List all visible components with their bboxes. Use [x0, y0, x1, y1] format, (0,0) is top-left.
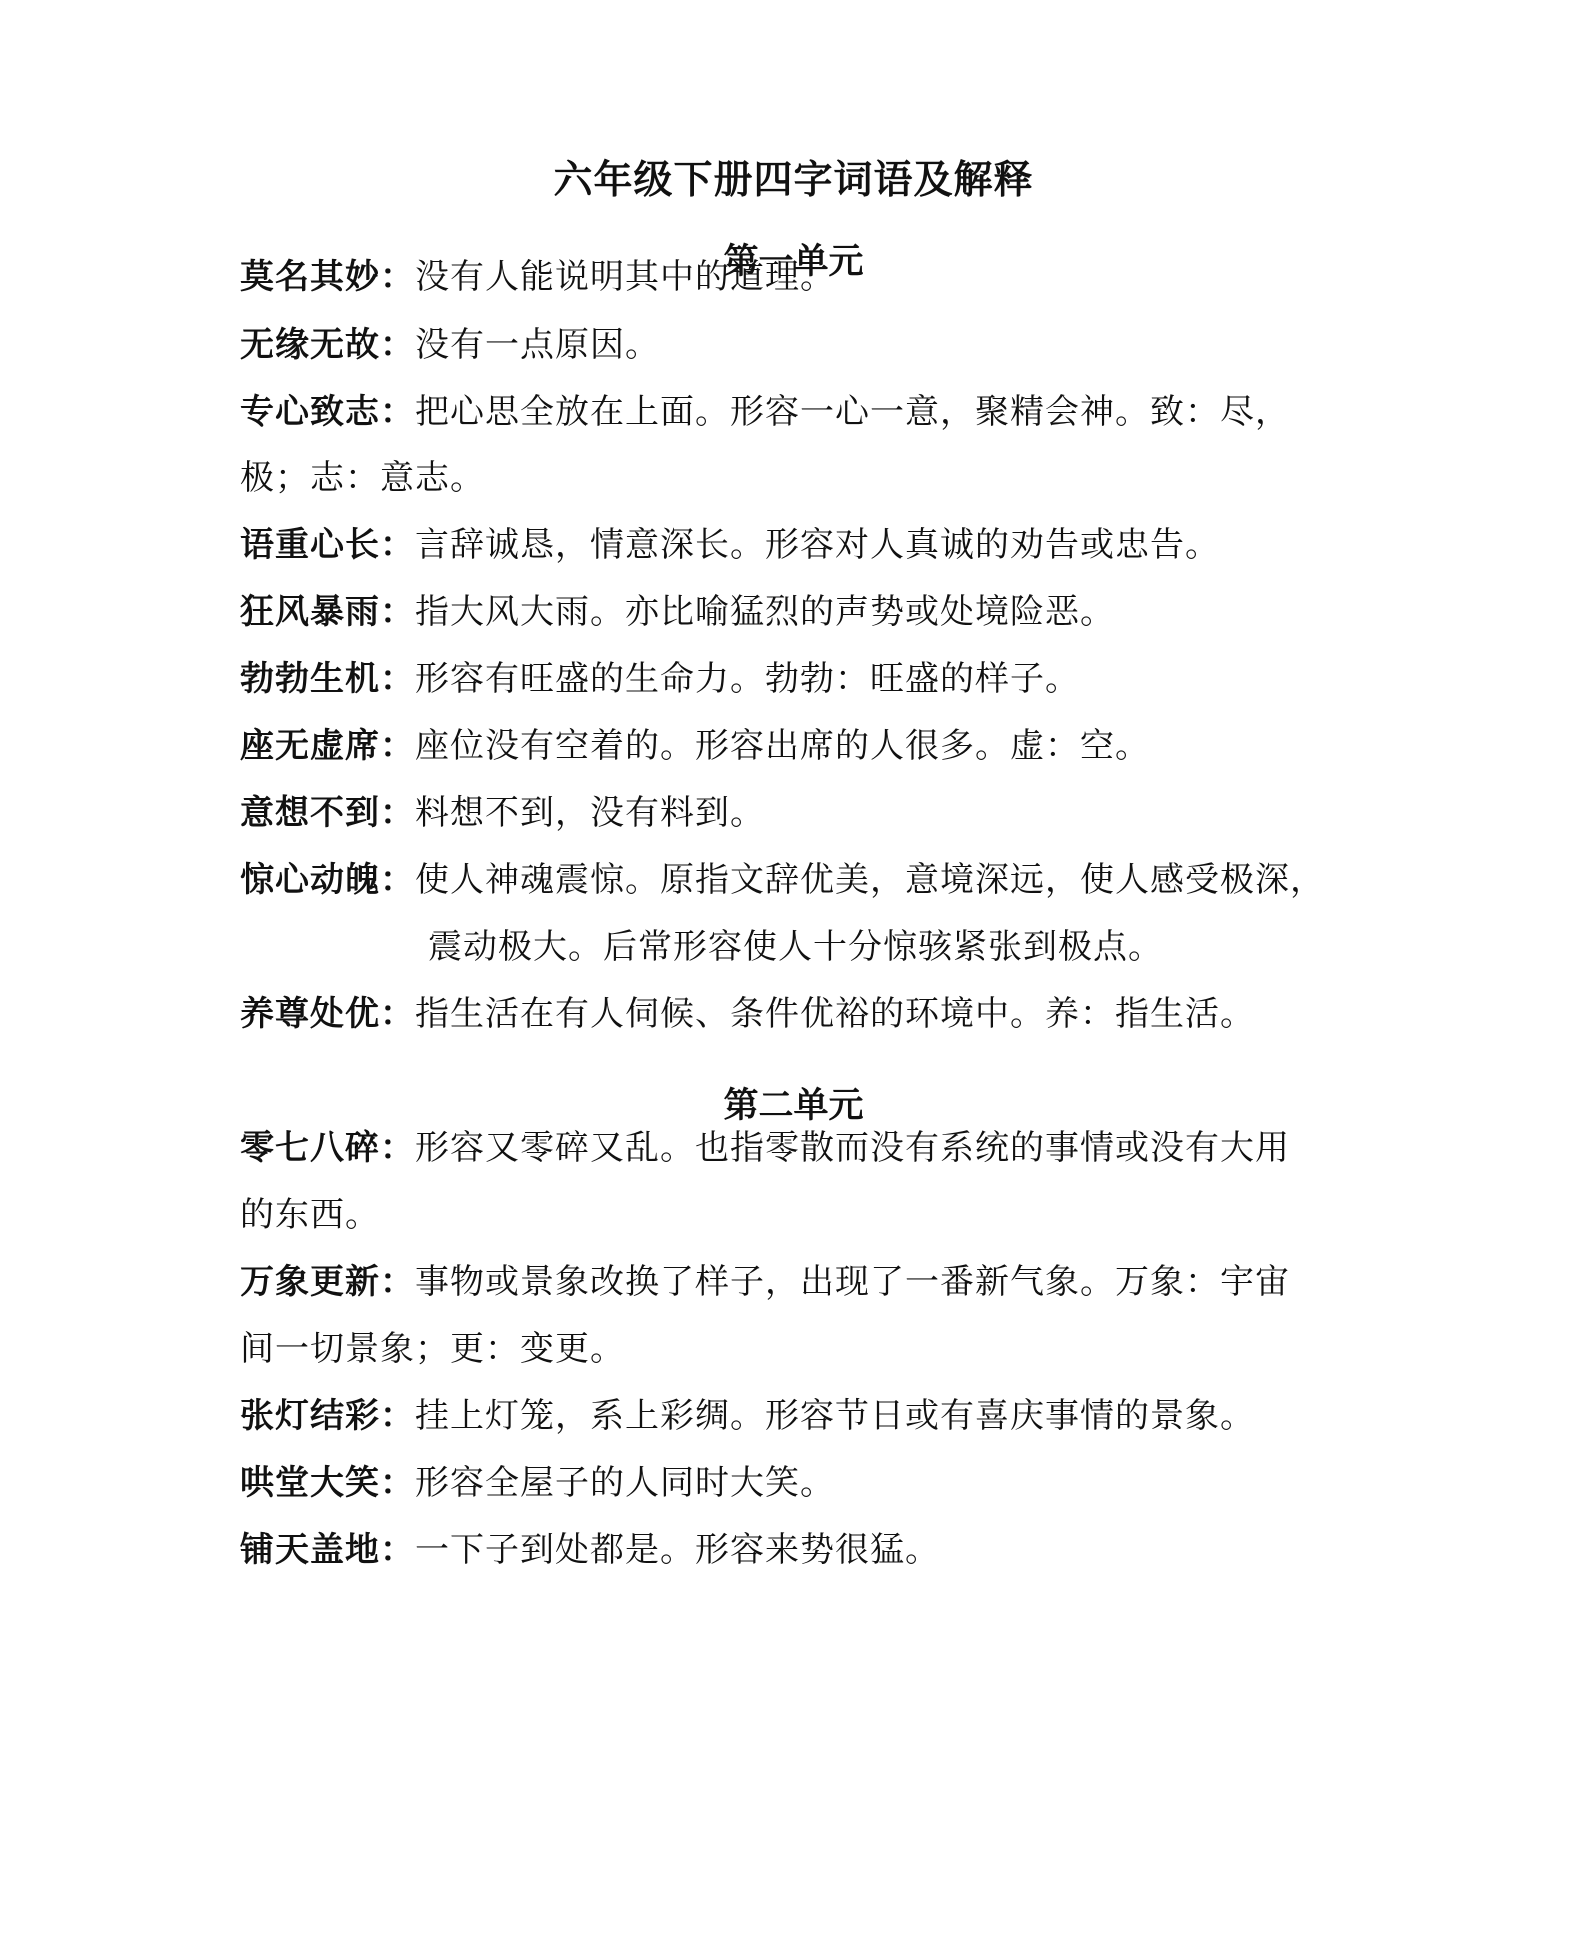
entry-separator: ： — [380, 860, 415, 900]
entry-definition-line1: 形容又零碎又乱。也指零散而没有系统的事情或没有大用 — [415, 1128, 1290, 1168]
entry-term: 哄堂大笑 — [240, 1463, 380, 1503]
entry-term: 零七八碎 — [240, 1128, 380, 1168]
entry-term: 莫名其妙 — [240, 257, 380, 297]
entry-definition: 料想不到，没有料到。 — [415, 793, 765, 833]
entry-definition: 言辞诚恳，情意深长。形容对人真诚的劝告或忠告。 — [415, 525, 1220, 565]
document-page: 六年级下册四字词语及解释 第一单元 莫名其妙：没有人能说明其中的道理。 无缘无故… — [0, 0, 1587, 1949]
entry-separator: ： — [380, 659, 415, 699]
entry-definition-line2: 极；志：意志。 — [240, 458, 485, 498]
entry-term: 张灯结彩 — [240, 1396, 380, 1436]
entry-separator: ： — [380, 592, 415, 632]
entry-separator: ： — [380, 325, 415, 365]
document-title: 六年级下册四字词语及解释 — [0, 155, 1587, 205]
entry-term: 语重心长 — [240, 525, 380, 565]
entry-definition-line1: 事物或景象改换了样子，出现了一番新气象。万象：宇宙 — [415, 1262, 1290, 1302]
entry-separator: ： — [380, 525, 415, 565]
entry: 铺天盖地：一下子到处都是。形容来势很猛。 — [240, 1509, 1350, 1592]
entry-term: 狂风暴雨 — [240, 592, 380, 632]
entry-term: 专心致志 — [240, 392, 380, 432]
entry-definition: 没有人能说明其中的道理。 — [415, 257, 835, 297]
entry-definition-line1: 把心思全放在上面。形容一心一意，聚精会神。致：尽， — [415, 392, 1290, 432]
entry-term: 养尊处优 — [240, 994, 380, 1034]
entry-definition-line1: 使人神魂震惊。原指文辞优美，意境深远，使人感受极深， — [415, 860, 1325, 900]
entry-definition: 形容全屋子的人同时大笑。 — [415, 1463, 835, 1503]
entry-separator: ： — [380, 994, 415, 1034]
entry-term: 意想不到 — [240, 793, 380, 833]
entry-definition-line2: 间一切景象；更：变更。 — [240, 1329, 625, 1369]
entry-definition: 没有一点原因。 — [415, 325, 660, 365]
entry-term: 惊心动魄 — [240, 860, 380, 900]
entry-separator: ： — [380, 392, 415, 432]
entry: 养尊处优：指生活在有人伺候、条件优裕的环境中。养：指生活。 — [240, 973, 1350, 1056]
entry-term: 无缘无故 — [240, 325, 380, 365]
entry-separator: ： — [380, 793, 415, 833]
entry-separator: ： — [380, 1463, 415, 1503]
entry-separator: ： — [380, 1396, 415, 1436]
entry-definition: 指大风大雨。亦比喻猛烈的声势或处境险恶。 — [415, 592, 1115, 632]
entry-definition: 一下子到处都是。形容来势很猛。 — [415, 1530, 940, 1570]
entry-definition: 座位没有空着的。形容出席的人很多。虚：空。 — [415, 726, 1150, 766]
entry-separator: ： — [380, 1530, 415, 1570]
entry-term: 座无虚席 — [240, 726, 380, 766]
entry-definition-line2: 的东西。 — [240, 1195, 380, 1235]
entry-separator: ： — [380, 726, 415, 766]
entry-definition: 形容有旺盛的生命力。勃勃：旺盛的样子。 — [415, 659, 1080, 699]
entry-separator: ： — [380, 1262, 415, 1302]
entry-separator: ： — [380, 1128, 415, 1168]
entry-definition: 挂上灯笼，系上彩绸。形容节日或有喜庆事情的景象。 — [415, 1396, 1255, 1436]
entry-definition: 指生活在有人伺候、条件优裕的环境中。养：指生活。 — [415, 994, 1255, 1034]
entry-term: 勃勃生机 — [240, 659, 380, 699]
entry-term: 铺天盖地 — [240, 1530, 380, 1570]
entry-separator: ： — [380, 257, 415, 297]
entry-term: 万象更新 — [240, 1262, 380, 1302]
